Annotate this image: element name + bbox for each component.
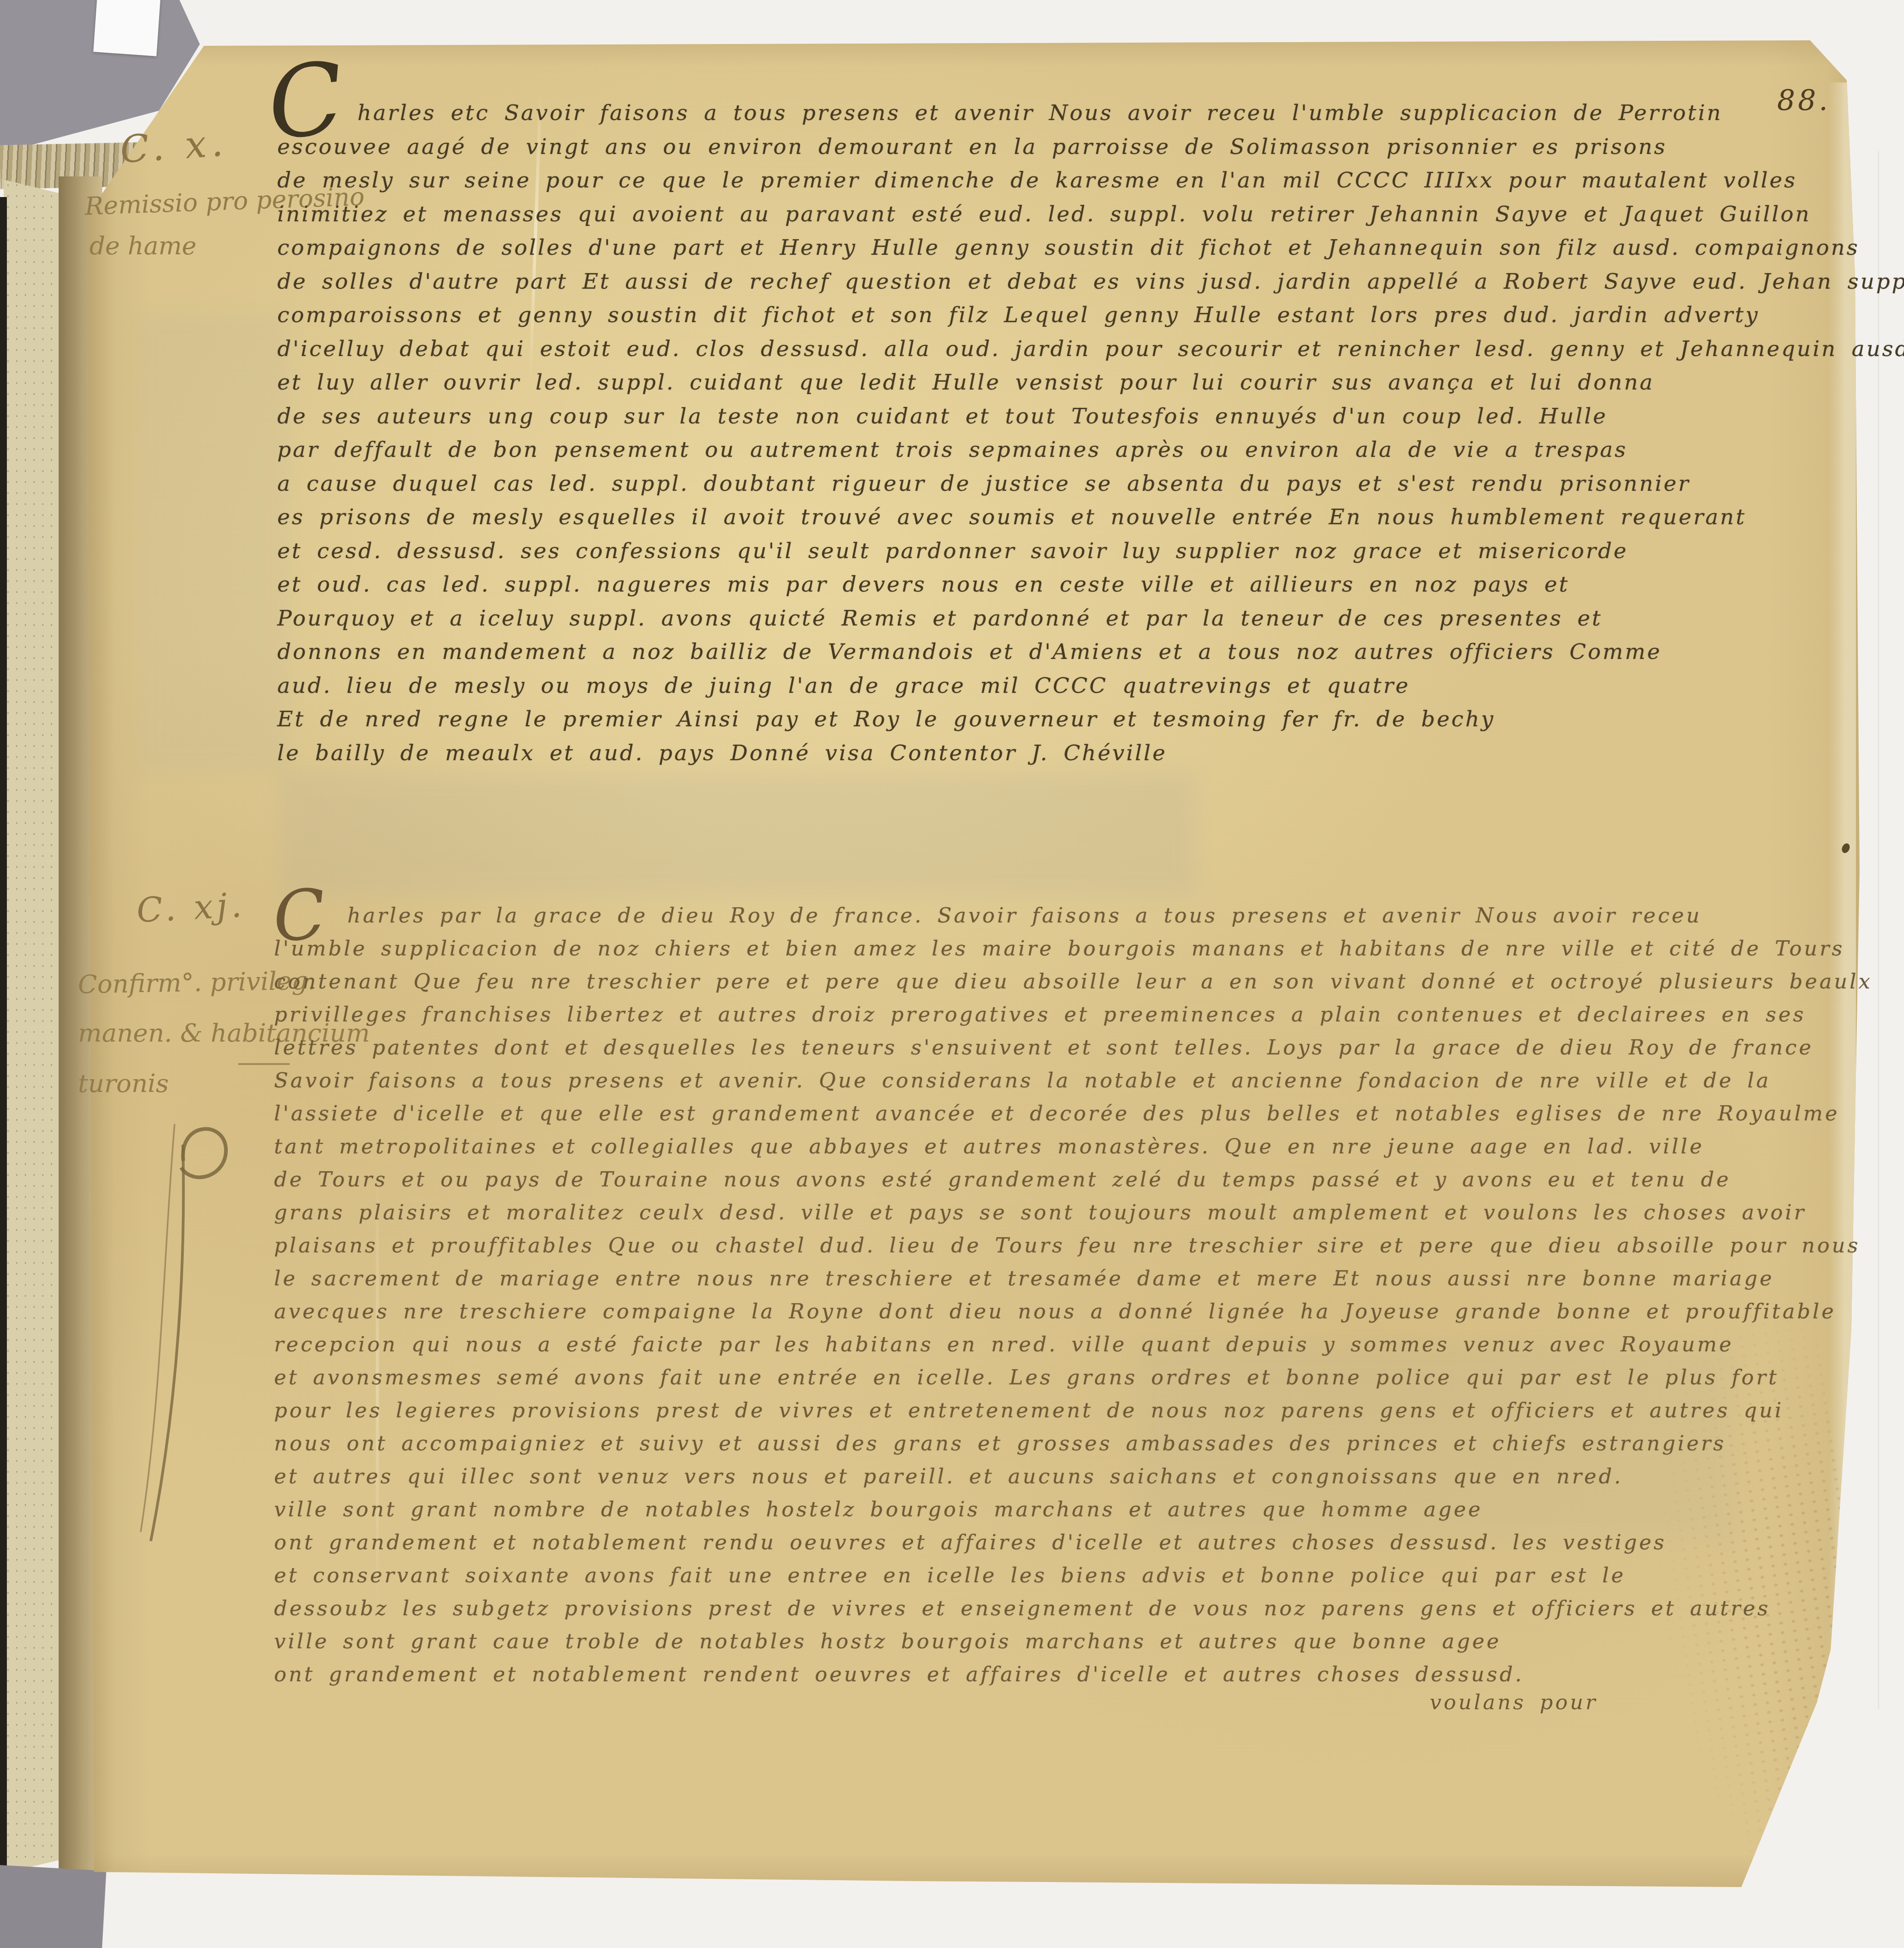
text-line: dessoubz les subgetz provisions prest de…	[274, 1592, 1872, 1625]
text-line: l'umble supplicacion de noz chiers et bi…	[274, 932, 1872, 965]
text-line: ville sont grant nombre de notables host…	[274, 1493, 1872, 1526]
text-line: et autres qui illec sont venuz vers nous…	[274, 1460, 1872, 1493]
text-line: contenant Que feu nre treschier pere et …	[274, 965, 1872, 998]
margin-note-remission: de hame	[89, 231, 197, 260]
ink-showthrough	[137, 314, 289, 772]
scanner-gray-bottom	[0, 1865, 106, 1948]
text-line: ville sont grant caue troble de notables…	[274, 1625, 1872, 1658]
text-line: lettres patentes dont et desquelles les …	[274, 1031, 1872, 1064]
text-line: ont grandement et notablement rendent oe…	[274, 1658, 1872, 1691]
text-line: et conservant soixante avons fait une en…	[274, 1559, 1872, 1592]
initial-letter-c: C	[270, 874, 329, 958]
text-line: nous ont accompaigniez et suivy et aussi…	[274, 1427, 1872, 1460]
text-line: et cesd. dessusd. ses confessions qu'il …	[277, 534, 1904, 568]
text-line: ont grandement et notablement rendu oeuv…	[274, 1526, 1872, 1559]
text-line: le bailly de meaulx et aud. pays Donné v…	[277, 736, 1904, 770]
text-line: de solles d'autre part Et aussi de reche…	[277, 265, 1904, 299]
text-line: harles etc Savoir faisons a tous presens…	[277, 96, 1904, 130]
text-line: Savoir faisons a tous presens et avenir.…	[274, 1064, 1872, 1097]
text-line: donnons en mandement a noz bailliz de Ve…	[277, 635, 1904, 669]
text-line: comparoissons et genny soustin dit ficho…	[277, 298, 1904, 332]
chapter-mark-1: C. x.	[119, 121, 229, 172]
text-block-privileges-confirmation: harles par la grace de dieu Roy de franc…	[274, 899, 1872, 1691]
text-line: d'icelluy debat qui estoit eud. clos des…	[277, 332, 1904, 366]
folded-corner	[1815, 1734, 1904, 1932]
text-line: par deffault de bon pensement ou autreme…	[277, 433, 1904, 467]
text-line: et luy aller ouvrir led. suppl. cuidant …	[277, 366, 1904, 400]
text-line: pour les legieres provisions prest de vi…	[274, 1394, 1872, 1427]
text-line: a cause duquel cas led. suppl. doubtant …	[277, 467, 1904, 501]
text-line: et avonsmesmes semé avons fait une entré…	[274, 1361, 1872, 1394]
book-cover-edge	[0, 197, 7, 1893]
text-line: inimitiez et menasses qui avoient au par…	[277, 198, 1904, 231]
text-line: et oud. cas led. suppl. nagueres mis par…	[277, 568, 1904, 602]
ink-showthrough	[280, 772, 1196, 896]
text-line: compaignons de solles d'une part et Henr…	[277, 231, 1904, 265]
text-line: privilleges franchises libertez et autre…	[274, 998, 1872, 1031]
text-line: de ses auteurs ung coup sur la teste non…	[277, 400, 1904, 433]
text-line: voulans pour	[1430, 1690, 1598, 1714]
text-line: avecques nre treschiere compaigne la Roy…	[274, 1295, 1872, 1328]
text-line: recepcion qui nous a esté faicte par les…	[274, 1328, 1872, 1361]
text-line: tant metropolitaines et collegialles que…	[274, 1130, 1872, 1163]
text-line: de mesly sur seine pour ce que le premie…	[277, 164, 1904, 198]
text-line: plaisans et prouffitables Que ou chastel…	[274, 1229, 1872, 1262]
margin-note-confirmation: turonis	[78, 1069, 169, 1098]
text-line: Pourquoy et a iceluy suppl. avons quicté…	[277, 602, 1904, 636]
bookmark-paper-strip	[93, 0, 161, 56]
manuscript-scan: { "page": { "folio_number": "88.", "marg…	[0, 0, 1904, 1948]
text-line: harles par la grace de dieu Roy de franc…	[274, 899, 1872, 932]
text-block-remission-letter: harles etc Savoir faisons a tous presens…	[277, 96, 1904, 770]
text-line: de Tours et ou pays de Touraine nous avo…	[274, 1163, 1872, 1196]
text-line: aud. lieu de mesly ou moys de juing l'an…	[277, 669, 1904, 703]
text-line: escouvee aagé de vingt ans ou environ de…	[277, 130, 1904, 164]
text-line: grans plaisirs et moralitez ceulx desd. …	[274, 1196, 1872, 1229]
text-line: Et de nred regne le premier Ainsi pay et…	[277, 702, 1904, 736]
text-line: le sacrement de mariage entre nous nre t…	[274, 1262, 1872, 1295]
chapter-mark-2: C. xj.	[136, 885, 246, 930]
text-line: l'assiete d'icelle et que elle est grand…	[274, 1097, 1872, 1130]
penwork-flourish-icon	[135, 1117, 241, 1548]
initial-letter-c: C	[262, 40, 349, 162]
text-line: es prisons de mesly esquelles il avoit t…	[277, 500, 1904, 534]
